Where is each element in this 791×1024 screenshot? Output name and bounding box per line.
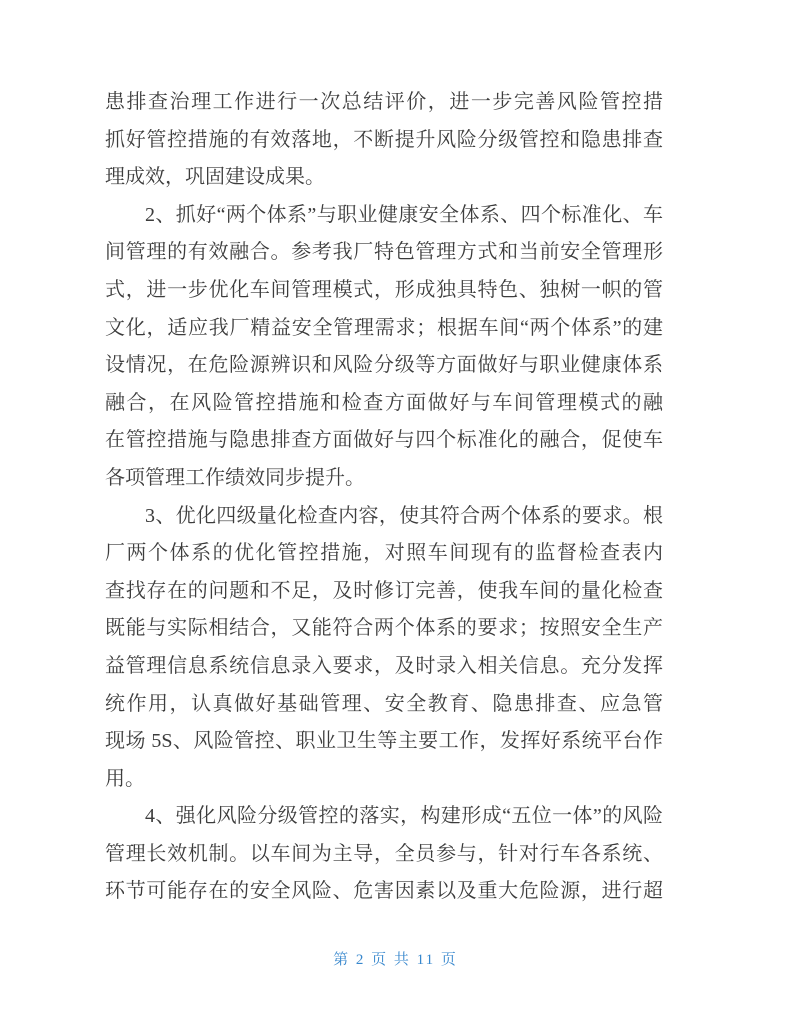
text-line: 益管理信息系统信息录入要求，及时录入相关信息。充分发挥系 — [105, 648, 663, 686]
text-line: 既能与实际相结合，又能符合两个体系的要求；按照安全生产精 — [105, 610, 663, 648]
text-line: 患排查治理工作进行一次总结评价，进一步完善风险管控措施， — [105, 84, 663, 122]
document-body: 患排查治理工作进行一次总结评价，进一步完善风险管控措施，抓好管控措施的有效落地，… — [105, 84, 663, 911]
page-footer: 第 2 页 共 11 页 — [0, 948, 791, 969]
text-line: 2、抓好“两个体系”与职业健康安全体系、四个标准化、车 — [105, 197, 663, 235]
text-line: 设情况，在危险源辨识和风险分级等方面做好与职业健康体系的 — [105, 347, 663, 385]
text-line: 用。 — [105, 761, 663, 799]
page-number-label: 第 2 页 共 11 页 — [333, 952, 458, 968]
text-line: 各项管理工作绩效同步提升。 — [105, 460, 663, 498]
text-line: 统作用，认真做好基础管理、安全教育、隐患排查、应急管理、 — [105, 686, 663, 724]
text-line: 厂两个体系的优化管控措施，对照车间现有的监督检查表内容， — [105, 535, 663, 573]
text-line: 理成效，巩固建设成果。 — [105, 159, 663, 197]
text-line: 3、优化四级量化检查内容，使其符合两个体系的要求。根据 — [105, 498, 663, 536]
text-line: 管理长效机制。以车间为主导，全员参与，针对行车各系统、各 — [105, 836, 663, 874]
text-line: 环节可能存在的安全风险、危害因素以及重大危险源，进行超前 — [105, 873, 663, 911]
text-line: 查找存在的问题和不足，及时修订完善，使我车间的量化检查表 — [105, 573, 663, 611]
text-line: 现场 5S、风险管控、职业卫生等主要工作，发挥好系统平台作 — [105, 723, 663, 761]
paragraph: 3、优化四级量化检查内容，使其符合两个体系的要求。根据厂两个体系的优化管控措施，… — [105, 498, 663, 799]
paragraph: 4、强化风险分级管控的落实，构建形成“五位一体”的风险管理长效机制。以车间为主导… — [105, 798, 663, 911]
text-line: 融合，在风险管控措施和检查方面做好与车间管理模式的融合， — [105, 385, 663, 423]
paragraph: 患排查治理工作进行一次总结评价，进一步完善风险管控措施，抓好管控措施的有效落地，… — [105, 84, 663, 197]
text-line: 抓好管控措施的有效落地，不断提升风险分级管控和隐患排查治 — [105, 122, 663, 160]
paragraph: 2、抓好“两个体系”与职业健康安全体系、四个标准化、车间管理的有效融合。参考我厂… — [105, 197, 663, 498]
text-line: 文化，适应我厂精益安全管理需求；根据车间“两个体系”的建 — [105, 310, 663, 348]
text-line: 在管控措施与隐患排查方面做好与四个标准化的融合，促使车间 — [105, 422, 663, 460]
text-line: 间管理的有效融合。参考我厂特色管理方式和当前安全管理形 — [105, 234, 663, 272]
text-line: 式，进一步优化车间管理模式，形成独具特色、独树一帜的管理 — [105, 272, 663, 310]
document-page: 患排查治理工作进行一次总结评价，进一步完善风险管控措施，抓好管控措施的有效落地，… — [0, 0, 791, 1024]
text-line: 4、强化风险分级管控的落实，构建形成“五位一体”的风险 — [105, 798, 663, 836]
